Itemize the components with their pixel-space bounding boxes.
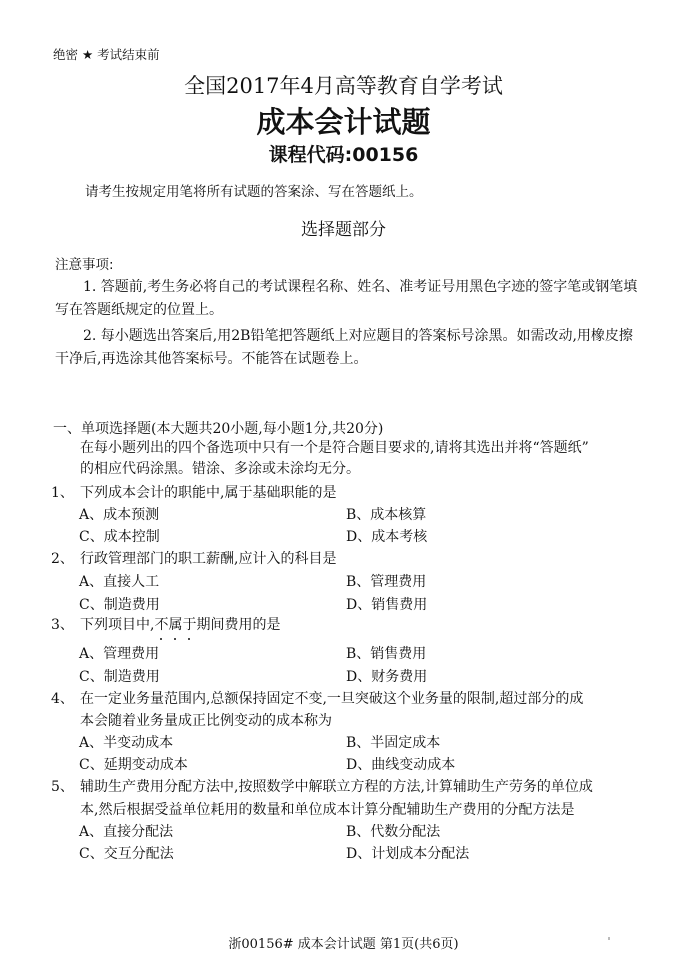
subject-title: 成本会计试题 bbox=[0, 100, 687, 141]
section-heading: 一、单项选择题(本大题共20小题,每小题1分,共20分) bbox=[53, 418, 383, 438]
option-d: D、财务费用 bbox=[346, 666, 427, 686]
part-title: 选择题部分 bbox=[0, 215, 687, 240]
question-text-line-1: 辅助生产费用分配方法中,按照数学中解联立方程的方法,计算辅助生产劳务的单位成 bbox=[80, 776, 593, 796]
question-number: 1、 bbox=[51, 482, 74, 502]
emphasized-text: 不属于 bbox=[154, 617, 196, 633]
answer-instruction: 请考生按规定用笔将所有试题的答案涂、写在答题纸上。 bbox=[85, 180, 423, 200]
question-text: 行政管理部门的职工薪酬,应计入的科目是 bbox=[80, 548, 336, 568]
option-d: D、曲线变动成本 bbox=[346, 754, 455, 774]
option-c: C、制造费用 bbox=[79, 666, 160, 686]
question-text-before: 下列项目中, bbox=[80, 617, 154, 633]
question-text-line-1: 在一定业务量范围内,总额保持固定不变,一旦突破这个业务量的限制,超过部分的成 bbox=[80, 688, 583, 708]
option-a: A、管理费用 bbox=[79, 643, 159, 663]
question-text: 下列成本会计的职能中,属于基础职能的是 bbox=[80, 482, 336, 502]
scan-artifact bbox=[608, 937, 610, 940]
course-code: 课程代码:00156 bbox=[0, 140, 687, 167]
option-d: D、计划成本分配法 bbox=[346, 843, 469, 863]
section-description-line-1: 在每小题列出的四个备选项中只有一个是符合题目要求的,请将其选出并将“答题纸” bbox=[80, 437, 589, 457]
emphasis-dot bbox=[160, 638, 162, 640]
question-number: 3、 bbox=[51, 614, 74, 634]
emphasis-dot bbox=[188, 638, 190, 640]
option-b: B、半固定成本 bbox=[346, 732, 440, 752]
option-a: A、直接人工 bbox=[79, 571, 159, 591]
question-text-line-2: 本会随着业务量成正比例变动的成本称为 bbox=[80, 710, 332, 730]
notes-heading: 注意事项: bbox=[55, 253, 114, 273]
question-text-after: 期间费用的是 bbox=[196, 617, 280, 633]
option-a: A、直接分配法 bbox=[79, 821, 173, 841]
option-b: B、成本核算 bbox=[346, 504, 426, 524]
question-number: 2、 bbox=[51, 548, 74, 568]
option-c: C、交互分配法 bbox=[79, 843, 174, 863]
option-b: B、代数分配法 bbox=[346, 821, 440, 841]
question-text: 下列项目中,不属于期间费用的是 bbox=[80, 614, 280, 634]
emphasis-dot bbox=[174, 638, 176, 640]
option-d: D、成本考核 bbox=[346, 526, 427, 546]
page-footer: 浙00156# 成本会计试题 第1页(共6页) bbox=[0, 933, 687, 952]
option-a: A、半变动成本 bbox=[79, 732, 173, 752]
option-b: B、销售费用 bbox=[346, 643, 426, 663]
confidential-label: 绝密 ★ 考试结束前 bbox=[53, 45, 160, 63]
exam-title: 全国2017年4月高等教育自学考试 bbox=[0, 70, 687, 100]
option-b: B、管理费用 bbox=[346, 571, 426, 591]
question-text-line-2: 本,然后根据受益单位耗用的数量和单位成本计算分配辅助生产费用的分配方法是 bbox=[80, 799, 574, 819]
question-number: 5、 bbox=[51, 776, 74, 796]
option-a: A、成本预测 bbox=[79, 504, 159, 524]
option-c: C、成本控制 bbox=[79, 526, 160, 546]
option-d: D、销售费用 bbox=[346, 594, 427, 614]
section-description-line-2: 的相应代码涂黑。错涂、多涂或未涂均无分。 bbox=[80, 458, 360, 478]
question-number: 4、 bbox=[51, 688, 74, 708]
note-item-2: 2. 每小题选出答案后,用2B铅笔把答题纸上对应题目的答案标号涂黑。如需改动,用… bbox=[55, 325, 645, 371]
option-c: C、延期变动成本 bbox=[79, 754, 188, 774]
option-c: C、制造费用 bbox=[79, 594, 160, 614]
note-item-1: 1. 答题前,考生务必将自己的考试课程名称、姓名、准考证号用黑色字迹的签字笔或钢… bbox=[55, 276, 645, 322]
